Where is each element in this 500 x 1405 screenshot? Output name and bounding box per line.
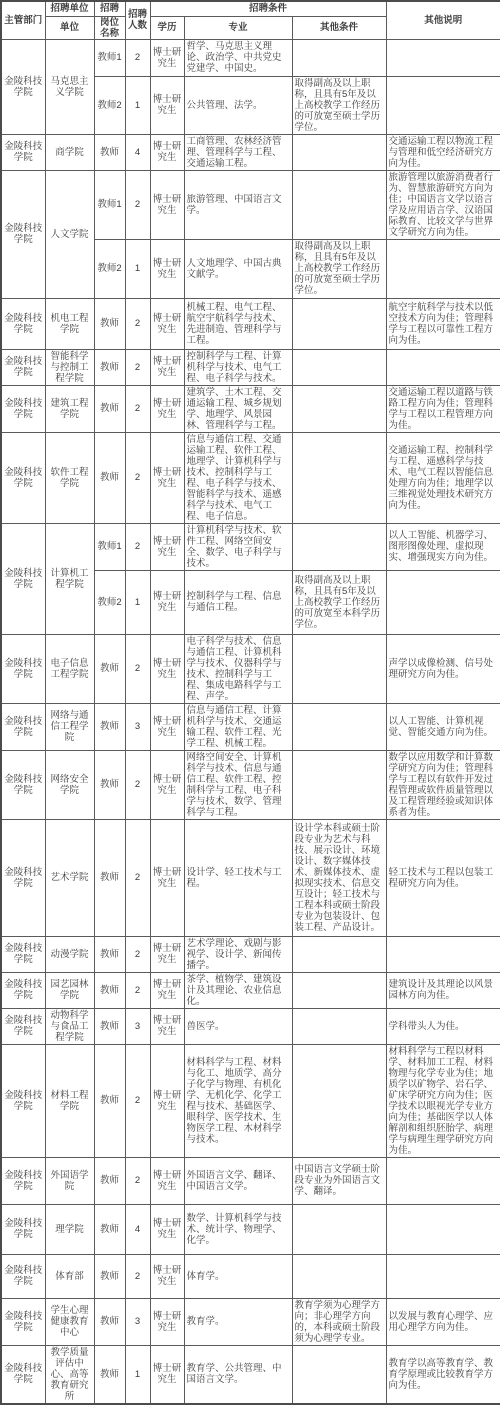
cell-notes	[386, 570, 500, 634]
cell-count: 1	[125, 570, 150, 634]
cell-notes: 以人工智能、机器学习、图形图像处理、虚拟现实、增强现实方向为佳。	[386, 523, 500, 570]
cell-count: 2	[125, 298, 150, 349]
cell-post: 教师	[94, 634, 125, 703]
cell-education: 博士研究生	[150, 134, 184, 170]
cell-supervisor: 金陵科技学院	[1, 819, 45, 936]
cell-post: 教师	[94, 1008, 125, 1044]
cell-education: 博士研究生	[150, 936, 184, 972]
cell-supervisor: 金陵科技学院	[1, 134, 45, 170]
header-unit-group: 招聘单位	[45, 1, 94, 16]
table-row: 金陵科技学院 商学院 教师 4 博士研究生 工商管理、农林经济管理、管理科学与工…	[1, 134, 500, 170]
cell-notes: 学科带头人为佳。	[386, 1008, 500, 1044]
cell-education: 博士研究生	[150, 1254, 184, 1298]
cell-count: 3	[125, 1298, 150, 1345]
cell-other-conditions	[292, 170, 386, 239]
cell-unit: 智能科学与控制工程学院	[45, 349, 94, 385]
cell-notes: 教育学以高等教育学、教育学原理或比较教育学方向为佳。	[386, 1345, 500, 1404]
cell-notes: 交通运输工程、控制科学与工程、遥感科学与技术、电气工程以智能信息处理方向为佳；地…	[386, 432, 500, 523]
cell-major: 旅游管理、中国语言文学。	[184, 170, 292, 239]
table-row: 金陵科技学院 马克思主义学院 教师1 2 博士研究生 哲学、马克思主义理论、政治…	[1, 39, 500, 76]
cell-unit: 计算机工程学院	[45, 523, 94, 634]
cell-other-conditions	[292, 936, 386, 972]
cell-supervisor: 金陵科技学院	[1, 1254, 45, 1298]
cell-notes	[386, 936, 500, 972]
cell-notes: 旅游管理以旅游消费者行为、智慧旅游研究方向为佳；中国语言文学以语言学及应用语言学…	[386, 170, 500, 239]
recruitment-table: 主管部门 招聘单位 招聘 招聘人数 招聘条件 其他说明 单位 岗位名称 学历 专…	[0, 0, 500, 1405]
cell-count: 2	[125, 634, 150, 703]
cell-education: 博士研究生	[150, 1204, 184, 1254]
cell-unit: 体育部	[45, 1254, 94, 1298]
cell-supervisor: 金陵科技学院	[1, 523, 45, 634]
cell-supervisor: 金陵科技学院	[1, 1298, 45, 1345]
table-row: 金陵科技学院 动漫学院 教师 2 博士研究生 艺术学理论、戏剧与影视学、设计学、…	[1, 936, 500, 972]
cell-post: 教师	[94, 432, 125, 523]
cell-count: 2	[125, 972, 150, 1008]
cell-major: 哲学、马克思主义理论、政治学、中共党史党建学、中国史。	[184, 39, 292, 76]
cell-major: 设计学、轻工技术与工程。	[184, 819, 292, 936]
cell-education: 博士研究生	[150, 1345, 184, 1404]
table-row: 金陵科技学院 智能科学与控制工程学院 教师 2 博士研究生 控制科学与工程、计算…	[1, 349, 500, 385]
cell-post: 教师1	[94, 523, 125, 570]
cell-post: 教师	[94, 349, 125, 385]
cell-post: 教师	[94, 1204, 125, 1254]
cell-notes	[386, 239, 500, 298]
cell-major: 控制科学与工程、信息与通信工程。	[184, 570, 292, 634]
cell-count: 2	[125, 1254, 150, 1298]
cell-count: 2	[125, 523, 150, 570]
cell-count: 2	[125, 349, 150, 385]
cell-supervisor: 金陵科技学院	[1, 385, 45, 432]
cell-post: 教师	[94, 1298, 125, 1345]
cell-education: 博士研究生	[150, 170, 184, 239]
cell-major: 人文地理学、中国古典文献学。	[184, 239, 292, 298]
cell-other-conditions	[292, 432, 386, 523]
cell-post: 教师	[94, 1345, 125, 1404]
cell-education: 博士研究生	[150, 385, 184, 432]
cell-notes: 交通运输工程以道路与铁路工程方向为佳；管理科学与工程以工程管理方向为佳。	[386, 385, 500, 432]
cell-supervisor: 金陵科技学院	[1, 1157, 45, 1204]
cell-supervisor: 金陵科技学院	[1, 298, 45, 349]
cell-count: 2	[125, 1157, 150, 1204]
cell-notes	[386, 1204, 500, 1254]
cell-unit: 软件工程学院	[45, 432, 94, 523]
header-count: 招聘人数	[125, 1, 150, 39]
table-row: 金陵科技学院 计算机工程学院 教师1 2 博士研究生 计算机科学与技术、软件工程…	[1, 523, 500, 570]
cell-unit: 网络安全学院	[45, 750, 94, 819]
header-post-group: 招聘	[94, 1, 125, 16]
cell-supervisor: 金陵科技学院	[1, 750, 45, 819]
cell-notes	[386, 76, 500, 134]
cell-post: 教师1	[94, 39, 125, 76]
cell-unit: 机电工程学院	[45, 298, 94, 349]
cell-major: 教育学、公共管理、中国语言文学。	[184, 1345, 292, 1404]
cell-notes: 数学以应用数学和计算数学研究方向为佳；管理科学与工程以有软件开发过程管理或软件质…	[386, 750, 500, 819]
cell-notes: 航空宇航科学与技术以低空技术方向为佳；管理科学与工程以可靠性工程方向为佳。	[386, 298, 500, 349]
cell-other-conditions	[292, 1345, 386, 1404]
cell-post: 教师2	[94, 76, 125, 134]
header-other-conditions: 其他条件	[292, 16, 386, 39]
cell-count: 1	[125, 76, 150, 134]
cell-supervisor: 金陵科技学院	[1, 1044, 45, 1157]
cell-post: 教师	[94, 703, 125, 750]
cell-other-conditions	[292, 349, 386, 385]
cell-supervisor: 金陵科技学院	[1, 1204, 45, 1254]
cell-education: 博士研究生	[150, 39, 184, 76]
cell-education: 博士研究生	[150, 634, 184, 703]
cell-count: 2	[125, 39, 150, 76]
cell-other-conditions: 中国语言文学硕士阶段专业为外国语言文学、翻译。	[292, 1157, 386, 1204]
table-row: 金陵科技学院 人文学院 教师1 2 博士研究生 旅游管理、中国语言文学。 旅游管…	[1, 170, 500, 239]
cell-education: 博士研究生	[150, 349, 184, 385]
cell-count: 2	[125, 170, 150, 239]
cell-notes: 材料科学与工程以材料学、材料加工工程、材料物理与化学专业为佳；地质学以矿物学、岩…	[386, 1044, 500, 1157]
cell-education: 博士研究生	[150, 432, 184, 523]
cell-unit: 网络与通信工程学院	[45, 703, 94, 750]
cell-post: 教师	[94, 385, 125, 432]
cell-education: 博士研究生	[150, 523, 184, 570]
cell-other-conditions	[292, 750, 386, 819]
header-conditions: 招聘条件	[150, 1, 386, 16]
cell-supervisor: 金陵科技学院	[1, 972, 45, 1008]
cell-major: 机械工程、电气工程、航空宇航科学与技术、先进制造、管理科学与工程。	[184, 298, 292, 349]
cell-education: 博士研究生	[150, 703, 184, 750]
cell-other-conditions	[292, 523, 386, 570]
cell-other-conditions: 取得副高及以上职称，且具有5年及以上高校教学工作经历的可放宽至硕士学历学位。	[292, 76, 386, 134]
cell-unit: 园艺园林学院	[45, 972, 94, 1008]
table-row: 金陵科技学院 园艺园林学院 教师 2 博士研究生 茶学、植物学、建筑设计及其理论…	[1, 972, 500, 1008]
cell-unit: 动物科学与食品工程学院	[45, 1008, 94, 1044]
cell-post: 教师	[94, 972, 125, 1008]
cell-post: 教师	[94, 750, 125, 819]
cell-education: 博士研究生	[150, 239, 184, 298]
cell-count: 3	[125, 1008, 150, 1044]
cell-major: 兽医学。	[184, 1008, 292, 1044]
cell-supervisor: 金陵科技学院	[1, 634, 45, 703]
cell-other-conditions: 取得副高及以上职称，且具有5年及以上高校教学工作经历的可放宽至硕士学历学位。	[292, 239, 386, 298]
cell-major: 信息与通信工程、交通运输工程、软件工程、地理学、计算机科学与技术、控制科学与工程…	[184, 432, 292, 523]
cell-major: 电子科学与技术、信息与通信工程、计算机科学与技术、仪器科学与技术、控制科学与工程…	[184, 634, 292, 703]
cell-major: 网络空间安全、计算机科学与技术、信息与通信工程、软件工程、控制科学与工程、电子科…	[184, 750, 292, 819]
cell-major: 工商管理、农林经济管理、管理科学与工程、交通运输工程。	[184, 134, 292, 170]
cell-education: 博士研究生	[150, 570, 184, 634]
cell-count: 2	[125, 936, 150, 972]
table-row: 金陵科技学院 机电工程学院 教师 2 博士研究生 机械工程、电气工程、航空宇航科…	[1, 298, 500, 349]
cell-education: 博士研究生	[150, 972, 184, 1008]
cell-count: 2	[125, 1044, 150, 1157]
cell-other-conditions	[292, 1254, 386, 1298]
cell-other-conditions	[292, 298, 386, 349]
table-row: 金陵科技学院 软件工程学院 教师 2 博士研究生 信息与通信工程、交通运输工程、…	[1, 432, 500, 523]
cell-count: 1	[125, 1345, 150, 1404]
table-row: 金陵科技学院 理学院 教师 4 博士研究生 数学、计算机科学与技术、统计学、物理…	[1, 1204, 500, 1254]
cell-other-conditions	[292, 385, 386, 432]
cell-other-conditions	[292, 1044, 386, 1157]
table-row: 金陵科技学院 外国语学院 教师 2 博士研究生 外国语言文学、翻译、中国语言文学…	[1, 1157, 500, 1204]
cell-major: 数学、计算机科学与技术、统计学、物理学、化学。	[184, 1204, 292, 1254]
cell-unit: 电子信息工程学院	[45, 634, 94, 703]
cell-post: 教师	[94, 819, 125, 936]
cell-unit: 材料工程学院	[45, 1044, 94, 1157]
cell-major: 体育学。	[184, 1254, 292, 1298]
table-row: 金陵科技学院 学生心理健康教育中心 教师 3 博士研究生 教育学。 教育学须为心…	[1, 1298, 500, 1345]
cell-other-conditions: 取得副高及以上职称，且具有5年及以上高校教学工作经历的可放宽至本科学历学位。	[292, 570, 386, 634]
cell-notes: 以人工智能、计算机视觉、智能交通方向为佳。	[386, 703, 500, 750]
cell-unit: 艺术学院	[45, 819, 94, 936]
cell-unit: 人文学院	[45, 170, 94, 298]
cell-notes	[386, 1157, 500, 1204]
cell-education: 博士研究生	[150, 76, 184, 134]
table-row: 金陵科技学院 体育部 教师 2 博士研究生 体育学。	[1, 1254, 500, 1298]
cell-notes: 轻工技术与工程以包装工程研究方向为佳。	[386, 819, 500, 936]
cell-supervisor: 金陵科技学院	[1, 1345, 45, 1404]
cell-unit: 马克思主义学院	[45, 39, 94, 134]
table-row: 金陵科技学院 网络与通信工程学院 教师 3 博士研究生 信息与通信工程、计算机科…	[1, 703, 500, 750]
table-row: 金陵科技学院 网络安全学院 教师 2 博士研究生 网络空间安全、计算机科学与技术…	[1, 750, 500, 819]
table-row: 金陵科技学院 动物科学与食品工程学院 教师 3 博士研究生 兽医学。 学科带头人…	[1, 1008, 500, 1044]
header-education: 学历	[150, 16, 184, 39]
cell-supervisor: 金陵科技学院	[1, 936, 45, 972]
cell-unit: 商学院	[45, 134, 94, 170]
cell-major: 艺术学理论、戏剧与影视学、设计学、新闻传播学。	[184, 936, 292, 972]
cell-supervisor: 金陵科技学院	[1, 1008, 45, 1044]
cell-major: 材料科学与工程、材料与化工、地质学、高分子化学与物理、有机化学、无机化学、化学工…	[184, 1044, 292, 1157]
header-supervisor: 主管部门	[1, 1, 45, 39]
cell-other-conditions	[292, 39, 386, 76]
cell-supervisor: 金陵科技学院	[1, 170, 45, 298]
cell-major: 计算机科学与技术、软件工程、网络空间安全、数学、电子科学与技术。	[184, 523, 292, 570]
cell-count: 4	[125, 134, 150, 170]
cell-other-conditions: 设计学本科或硕士阶段专业为艺术与科技、展示设计、环境设计、数字媒体技术、新媒体技…	[292, 819, 386, 936]
cell-education: 博士研究生	[150, 750, 184, 819]
table-row: 金陵科技学院 电子信息工程学院 教师 2 博士研究生 电子科学与技术、信息与通信…	[1, 634, 500, 703]
cell-post: 教师	[94, 936, 125, 972]
cell-supervisor: 金陵科技学院	[1, 39, 45, 134]
cell-notes: 交通运输工程以物流工程与管理和低空经济研究方向为佳。	[386, 134, 500, 170]
cell-notes: 建筑设计及其理论以风景园林方向为佳。	[386, 972, 500, 1008]
cell-supervisor: 金陵科技学院	[1, 432, 45, 523]
cell-other-conditions	[292, 134, 386, 170]
cell-education: 博士研究生	[150, 1157, 184, 1204]
cell-notes	[386, 39, 500, 76]
cell-count: 4	[125, 1204, 150, 1254]
header-unit-sub: 单位	[45, 16, 94, 39]
table-row: 金陵科技学院 建筑工程学院 教师 2 博士研究生 建筑学、土木工程、交通运输工程…	[1, 385, 500, 432]
cell-education: 博士研究生	[150, 819, 184, 936]
cell-notes: 声学以成像检测、信号处理研究方向为佳。	[386, 634, 500, 703]
cell-count: 2	[125, 432, 150, 523]
header-post-sub: 岗位名称	[94, 16, 125, 39]
table-row: 金陵科技学院 材料工程学院 教师 2 博士研究生 材料科学与工程、材料与化工、地…	[1, 1044, 500, 1157]
cell-count: 2	[125, 750, 150, 819]
cell-education: 博士研究生	[150, 1008, 184, 1044]
cell-post: 教师	[94, 1157, 125, 1204]
cell-major: 茶学、植物学、建筑设计及其理论、农业信息化。	[184, 972, 292, 1008]
cell-other-conditions	[292, 972, 386, 1008]
cell-major: 公共管理、法学。	[184, 76, 292, 134]
cell-unit: 建筑工程学院	[45, 385, 94, 432]
cell-post: 教师2	[94, 570, 125, 634]
cell-unit: 动漫学院	[45, 936, 94, 972]
header-row-1: 主管部门 招聘单位 招聘 招聘人数 招聘条件 其他说明	[1, 1, 500, 16]
cell-notes: 以发展与教育心理学、应用心理学方向为佳。	[386, 1298, 500, 1345]
cell-major: 教育学。	[184, 1298, 292, 1345]
cell-unit: 教学质量评估中心、高等教育研究所	[45, 1345, 94, 1404]
cell-post: 教师	[94, 1044, 125, 1157]
cell-notes	[386, 349, 500, 385]
cell-major: 建筑学、土木工程、交通运输工程、城乡规划学、地理学、风景园林、管理科学与工程。	[184, 385, 292, 432]
cell-education: 博士研究生	[150, 1044, 184, 1157]
cell-other-conditions	[292, 634, 386, 703]
cell-other-conditions: 教育学须为心理学方向；非心理学方向的，本科或硕士阶段须为心理学专业。	[292, 1298, 386, 1345]
cell-count: 3	[125, 703, 150, 750]
table-row: 金陵科技学院 艺术学院 教师 2 博士研究生 设计学、轻工技术与工程。 设计学本…	[1, 819, 500, 936]
cell-count: 1	[125, 239, 150, 298]
cell-major: 外国语言文学、翻译、中国语言文学。	[184, 1157, 292, 1204]
header-notes: 其他说明	[386, 1, 500, 39]
cell-unit: 外国语学院	[45, 1157, 94, 1204]
cell-education: 博士研究生	[150, 1298, 184, 1345]
cell-supervisor: 金陵科技学院	[1, 703, 45, 750]
cell-post: 教师	[94, 134, 125, 170]
cell-post: 教师2	[94, 239, 125, 298]
cell-post: 教师	[94, 1254, 125, 1298]
cell-major: 控制科学与工程、计算机科学与技术、电气工程、电子科学与技术。	[184, 349, 292, 385]
table-row: 金陵科技学院 教学质量评估中心、高等教育研究所 教师 1 博士研究生 教育学、公…	[1, 1345, 500, 1404]
cell-other-conditions	[292, 1204, 386, 1254]
cell-count: 2	[125, 385, 150, 432]
cell-other-conditions	[292, 1008, 386, 1044]
cell-count: 2	[125, 819, 150, 936]
cell-unit: 学生心理健康教育中心	[45, 1298, 94, 1345]
header-major: 专业	[184, 16, 292, 39]
cell-supervisor: 金陵科技学院	[1, 349, 45, 385]
cell-major: 信息与通信工程、计算机科学与技术、交通运输工程、软件工程、光学工程、机械工程。	[184, 703, 292, 750]
cell-other-conditions	[292, 703, 386, 750]
cell-post: 教师1	[94, 170, 125, 239]
cell-notes	[386, 1254, 500, 1298]
cell-unit: 理学院	[45, 1204, 94, 1254]
cell-post: 教师	[94, 298, 125, 349]
cell-education: 博士研究生	[150, 298, 184, 349]
